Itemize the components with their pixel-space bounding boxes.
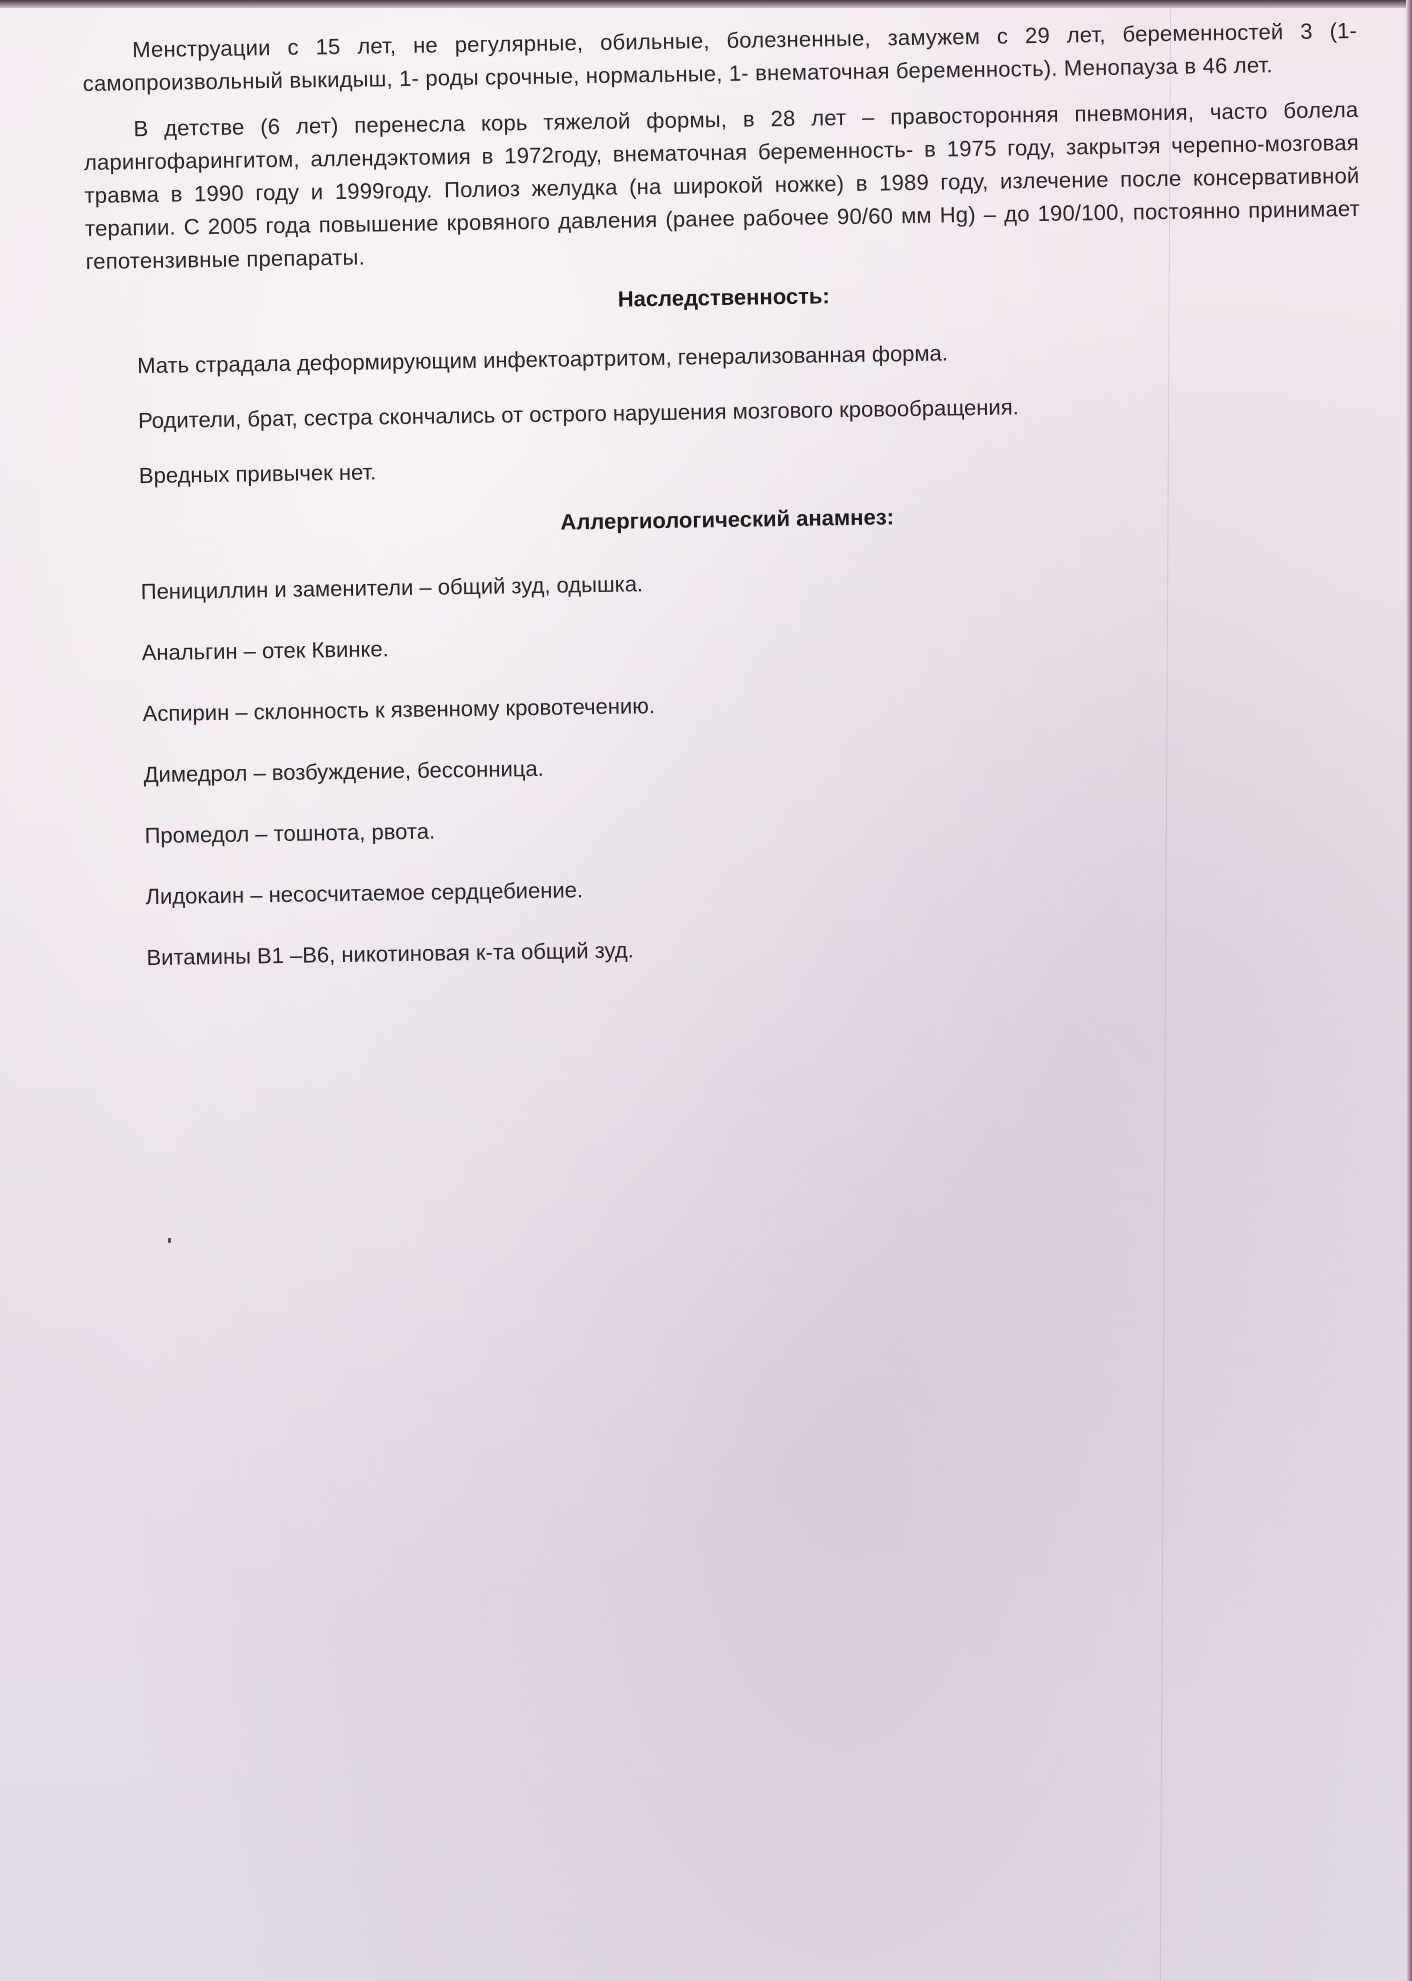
allergy-item: Димедрол – возбуждение, бессонница. [93, 739, 1368, 792]
photo-top-edge [0, 0, 1412, 8]
heredity-list: Мать страдала деформирующим инфектоартри… [87, 330, 1364, 493]
paper-speck [168, 1238, 171, 1243]
photo-right-edge [1406, 0, 1412, 1981]
allergy-item: Витамины В1 –В6, никотиновая к-та общий … [96, 922, 1371, 975]
heredity-item: Вредных привычек нет. [89, 440, 1364, 493]
document-body: Менструации с 15 лет, не регулярные, оби… [82, 14, 1372, 975]
heading-heredity: Наследственность: [86, 271, 1361, 324]
heredity-item: Мать страдала деформирующим инфектоартри… [87, 330, 1362, 383]
paper-sheet: Менструации с 15 лет, не регулярные, оби… [0, 6, 1406, 1981]
heredity-item: Родители, брат, сестра скончались от ост… [88, 385, 1363, 438]
allergy-item: Промедол – тошнота, рвота. [94, 800, 1369, 853]
allergy-item: Пенициллин и заменители – общий зуд, оды… [91, 556, 1366, 609]
allergy-list: Пенициллин и заменители – общий зуд, оды… [91, 556, 1372, 975]
allergy-item: Лидокаин – несосчитаемое сердцебиение. [95, 861, 1370, 914]
paragraph-menstrual-history: Менструации с 15 лет, не регулярные, оби… [82, 14, 1358, 100]
paragraph-medical-history: В детстве (6 лет) перенесла корь тяжелой… [83, 93, 1360, 278]
allergy-item: Анальгин – отек Квинке. [91, 617, 1366, 670]
heading-allergy-history: Аллергиологический анамнез: [90, 493, 1365, 546]
allergy-item: Аспирин – склонность к язвенному кровоте… [92, 678, 1367, 731]
